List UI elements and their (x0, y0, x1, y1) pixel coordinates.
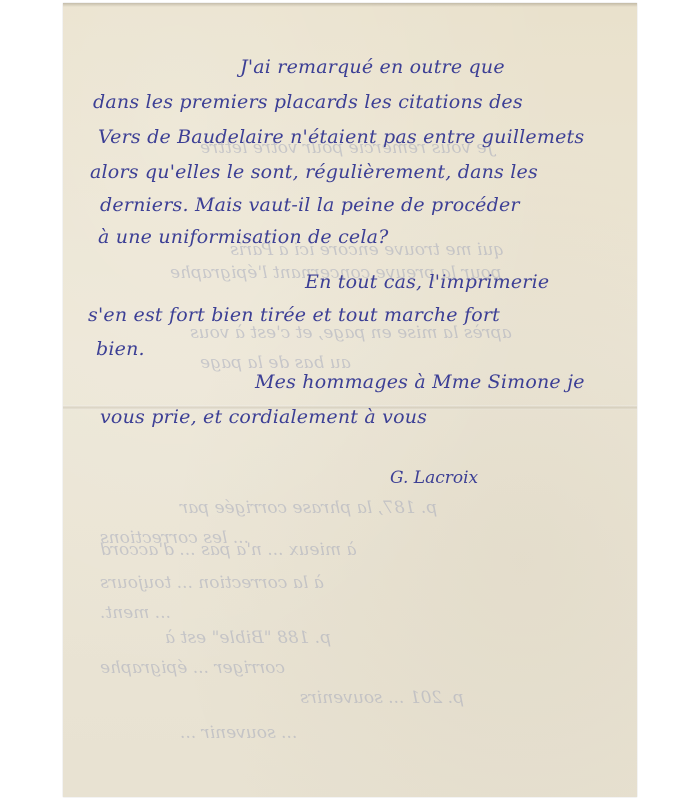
letter-line: à une uniformisation de cela? (98, 226, 389, 248)
letter-line: Mes hommages à Mme Simone je (255, 371, 585, 393)
bleed-through-line: après la mise en page, et c'est à vous (190, 323, 512, 343)
bleed-through-line: p. 187, la phrase corrigée par (180, 498, 437, 518)
letter-line: dans les premiers placards les citations… (93, 91, 523, 113)
letter-line: derniers. Mais vaut-il la peine de procé… (100, 194, 520, 216)
letter-line: J'ai remarqué en outre que (240, 56, 505, 78)
letter-line: Vers de Baudelaire n'étaient pas entre g… (98, 126, 584, 148)
bleed-through-line: ... ment. (100, 603, 171, 623)
bleed-through-line: au bas de la page (200, 353, 351, 373)
letter-line: alors qu'elles le sont, régulièrement, d… (90, 161, 538, 183)
letter-line: s'en est fort bien tirée et tout marche … (88, 304, 500, 326)
letter-line: bien. (96, 338, 145, 360)
bleed-through-line: p. 188 "Bible" est à (165, 628, 331, 648)
letter-line: En tout cas, l'imprimerie (305, 271, 549, 293)
bleed-through-line: corriger ... épigraphe (100, 658, 285, 678)
signature: G. Lacroix (390, 468, 478, 488)
bleed-through-line: à la correction ... toujours (100, 573, 324, 593)
letter-line: vous prie, et cordialement à vous (100, 406, 427, 428)
bleed-through-line: ... souvenir ... (180, 723, 297, 743)
bleed-through-line: à mieux ... n'a pas ... d'accord (100, 540, 357, 560)
bleed-through-line: p. 201 ... souvenirs (300, 688, 464, 708)
